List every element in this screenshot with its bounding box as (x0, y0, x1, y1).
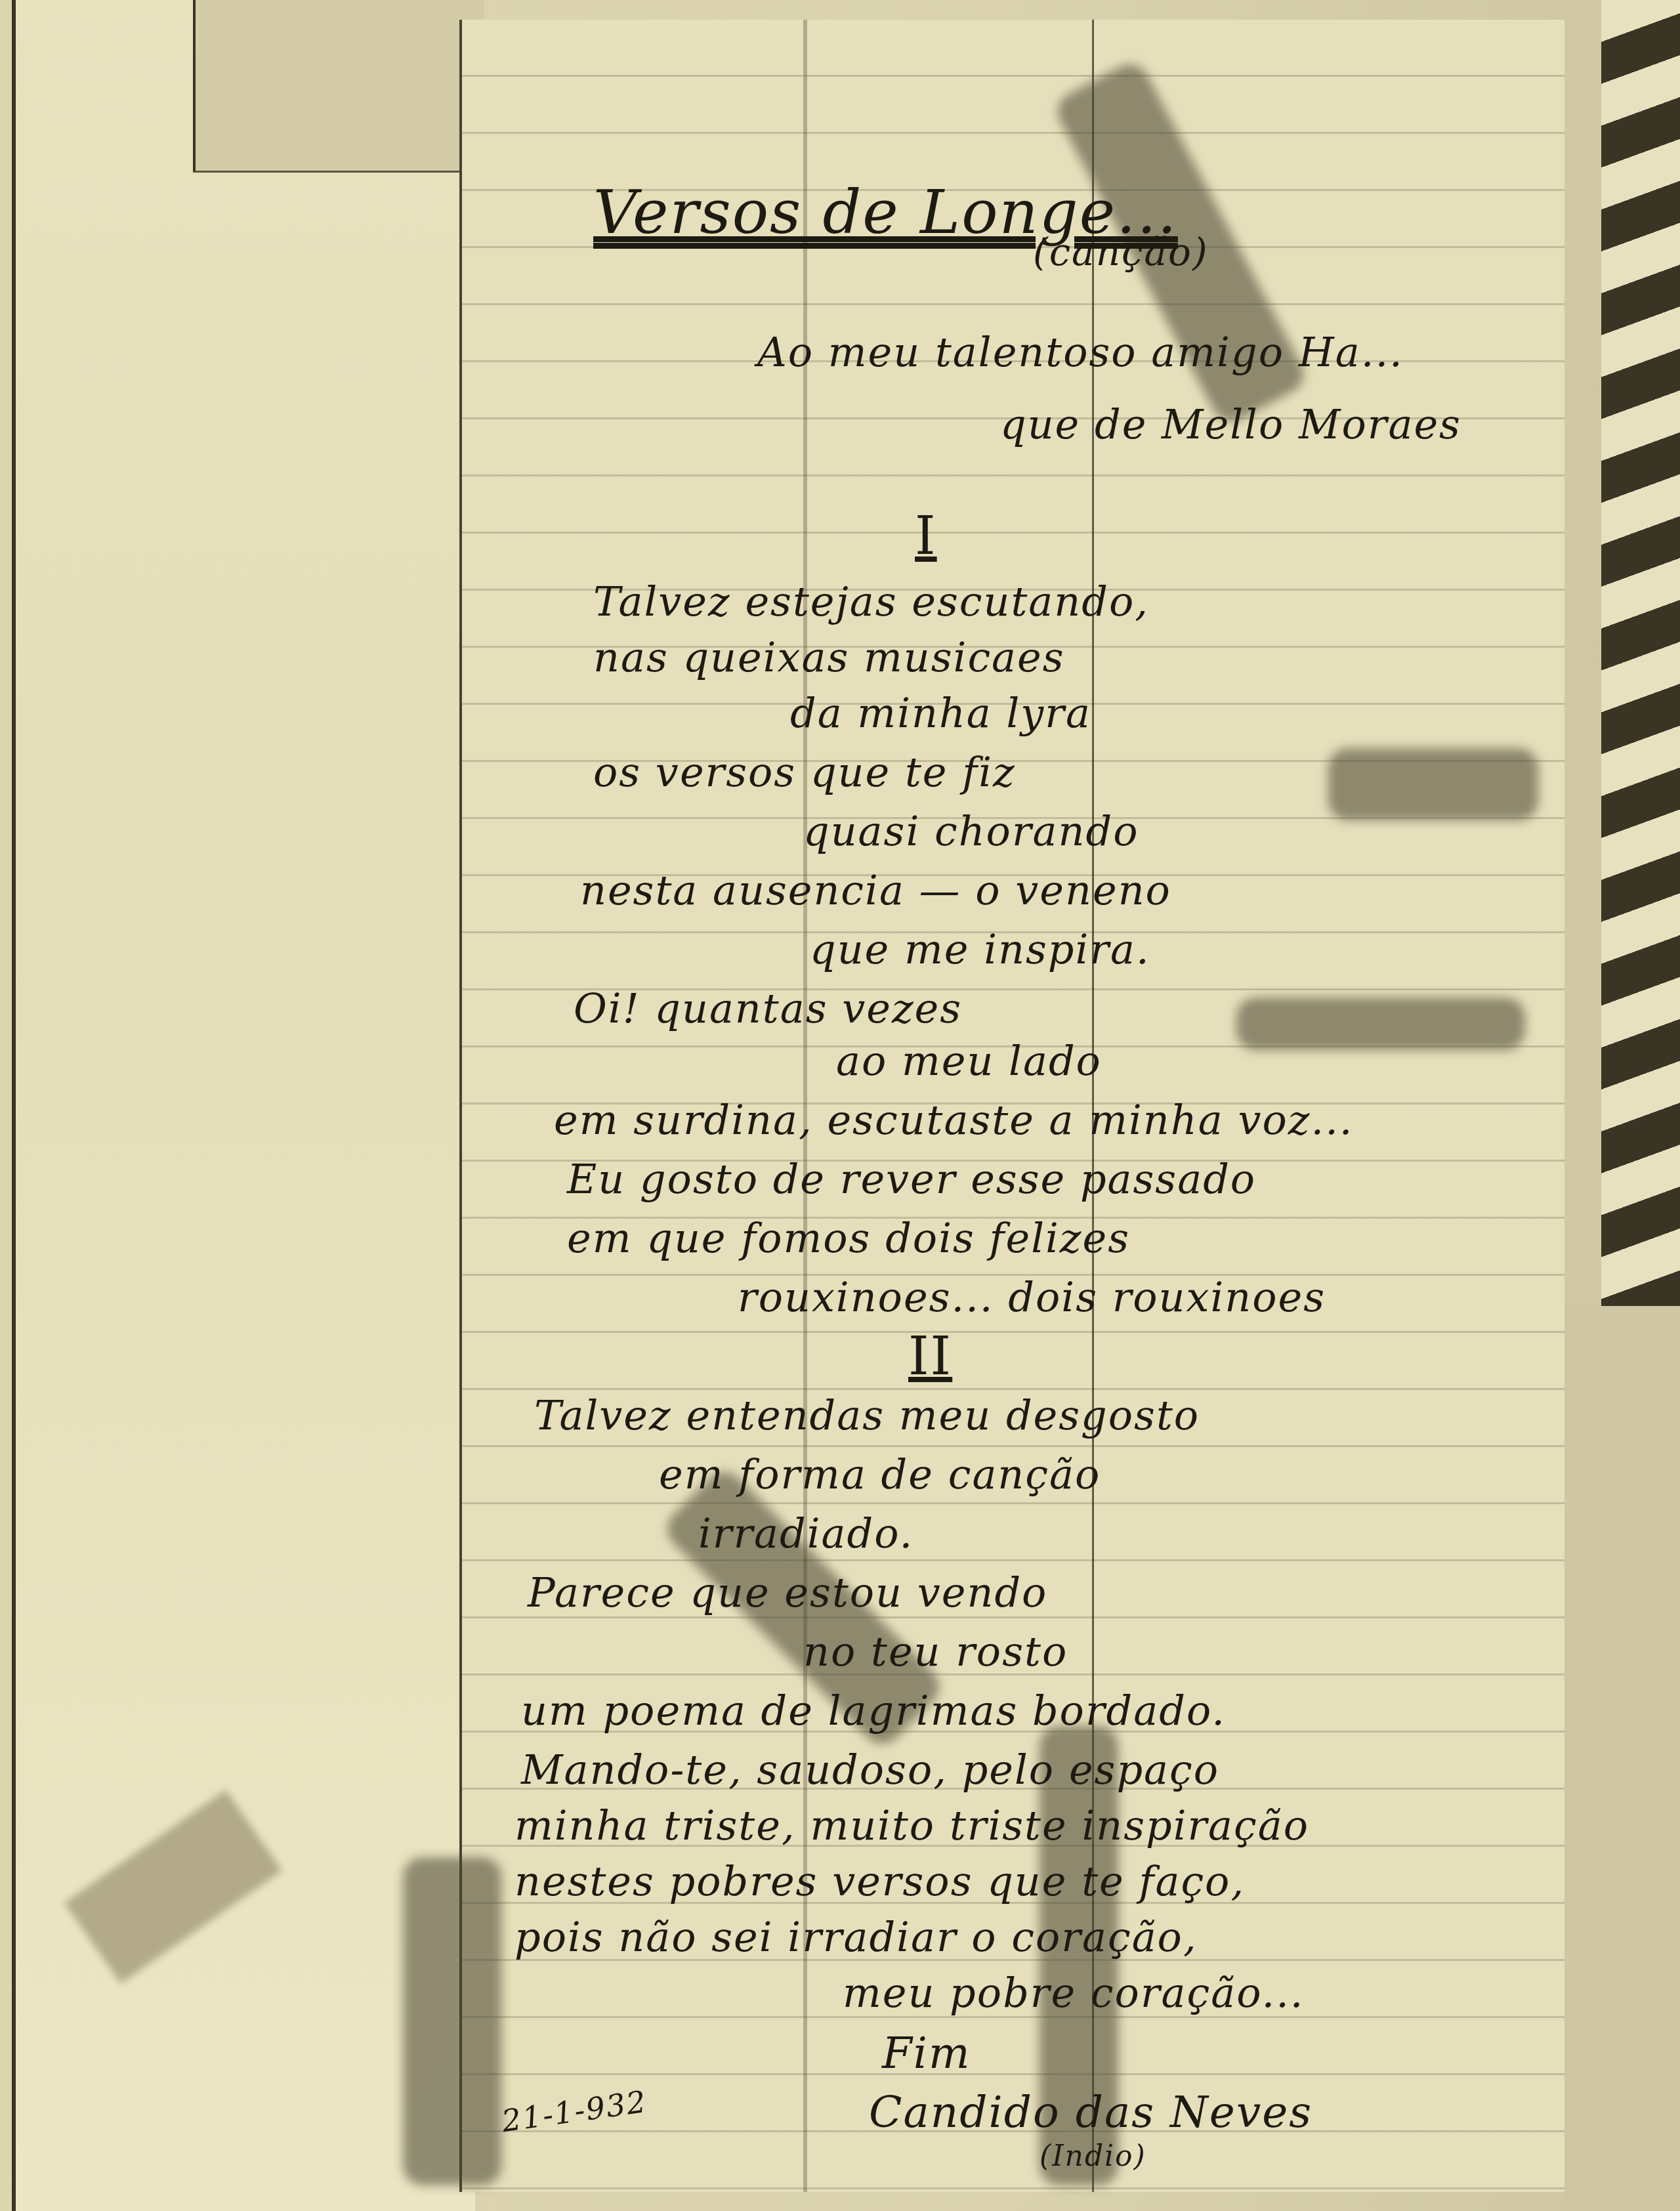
stain (1236, 998, 1525, 1050)
verse-line: Talvez entendas meu desgosto (534, 1391, 1200, 1439)
verse-line: nas queixas musicaes (593, 633, 1065, 681)
dedication-line: Ao meu talentoso amigo Ha... (757, 328, 1404, 376)
verse-line: que me inspira. (810, 925, 1150, 973)
manuscript-sheet: Versos de Longe... (canção) Ao meu talen… (459, 20, 1564, 2192)
verse-line: ao meu lado (836, 1037, 1102, 1085)
verse-line: Oi! quantas vezes (574, 984, 962, 1032)
verse-line: minha triste, muito triste inspiração (514, 1801, 1309, 1849)
verse-line: nestes pobres versos que te faço, (514, 1857, 1245, 1905)
stacked-paper-edges (1601, 0, 1680, 1313)
verse-line: um poema de lagrimas bordado. (521, 1687, 1226, 1735)
section-numeral: I (915, 505, 937, 566)
verse-line: Talvez estejas escutando, (593, 578, 1149, 625)
verse-line: nesta ausencia — o veneno (580, 866, 1171, 914)
verse-line: Parece que estou vendo (528, 1569, 1047, 1616)
verse-line: irradiado. (698, 1509, 913, 1557)
signature-subscript: (Indio) (1039, 2139, 1146, 2173)
closing-word: Fim (882, 2028, 971, 2078)
verse-line: em forma de canção (659, 1450, 1101, 1498)
verse-line: no teu rosto (803, 1628, 1068, 1675)
section-numeral: II (908, 1326, 952, 1387)
verse-line: pois não sei irradiar o coração, (514, 1913, 1198, 1961)
verse-line: meu pobre coração... (843, 1969, 1305, 2017)
verse-line: da minha lyra (790, 689, 1091, 737)
verse-line: Eu gosto de rever esse passado (567, 1155, 1256, 1203)
stain (64, 1790, 282, 1984)
torn-paper-tab (193, 0, 484, 173)
dedication-line: que de Mello Moraes (1000, 400, 1461, 448)
verse-line: em surdina, escutaste a minha voz... (554, 1096, 1354, 1144)
author-signature: Candido das Neves (869, 2087, 1312, 2137)
verse-line: em que fomos dois felizes (567, 1214, 1130, 1262)
verse-line: Mando-te, saudoso, pelo espaço (521, 1746, 1219, 1794)
backing-board (1562, 1306, 1680, 2211)
verse-line: quasi chorando (803, 807, 1139, 855)
verse-line: os versos que te fiz (593, 748, 1016, 796)
stain (403, 1857, 501, 2185)
verse-line: rouxinoes... dois rouxinoes (738, 1273, 1326, 1321)
poem-genre: (canção) (1033, 230, 1209, 274)
stain (1328, 748, 1538, 820)
